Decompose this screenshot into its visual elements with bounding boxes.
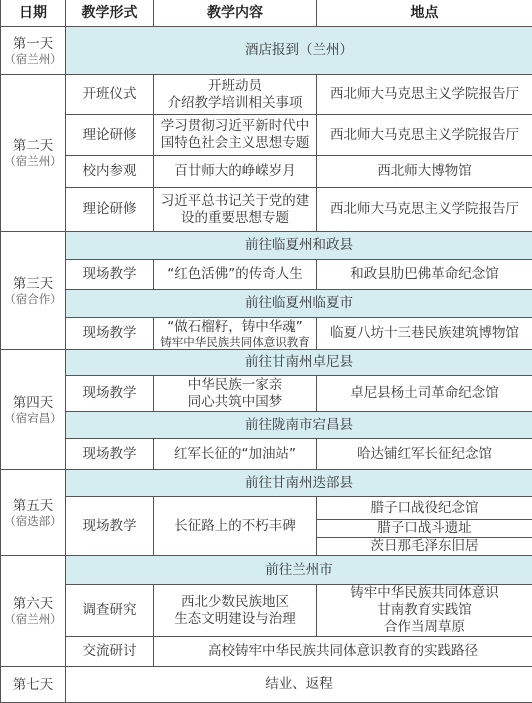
location-cell: 西北师大马克思主义学院报告厅	[317, 188, 532, 232]
location-cell: 和政县肋巴佛革命纪念馆	[317, 260, 532, 290]
content-cell: 学习贯彻习近平新时代中 国特色社会主义思想专题	[154, 115, 317, 156]
form-cell: 现场教学	[66, 439, 154, 470]
location-cell: 茨日那毛泽东旧居	[317, 538, 532, 556]
table-row: 校内参观 百廿师大的峥嵘岁月 西北师大博物馆	[1, 156, 532, 188]
day-label: 第七天	[13, 677, 54, 693]
content-line: 同心共筑中国梦	[156, 394, 314, 411]
table-row: 现场教学 红军长征的“加油站” 哈达铺红军长征纪念馆	[1, 439, 532, 470]
location-cell: 西北师大马克思主义学院报告厅	[317, 75, 532, 115]
header-form: 教学形式	[66, 0, 154, 27]
header-row: 日期 教学形式 教学内容 地点	[1, 0, 532, 27]
day-label: 第五天	[13, 498, 54, 514]
content-line: 学习贯彻习近平新时代中	[156, 118, 314, 135]
travel-banner: 前往临夏州临夏市	[66, 290, 532, 318]
stay-note: （宿宕昌）	[3, 411, 63, 425]
form-cell: 现场教学	[66, 318, 154, 350]
content-line: 开班动员	[156, 78, 314, 95]
content-cell: 高校铸牢中华民族共同体意识教育的实践路径	[154, 637, 532, 667]
day-label: 第三天	[13, 276, 54, 292]
travel-banner: 前往甘南州迭部县	[66, 470, 532, 497]
table-row: 现场教学 长征路上的不朽丰碑 腊子口战役纪念馆	[1, 497, 532, 520]
travel-banner: 前往兰州市	[66, 556, 532, 585]
schedule-table: 日期 教学形式 教学内容 地点 第一天 （宿兰州） 酒店报到（兰州） 第二天 （…	[0, 0, 532, 697]
form-cell: 现场教学	[66, 376, 154, 412]
content-line: 习近平总书记关于党的建	[156, 193, 314, 210]
content-line: 西北少数民族地区	[156, 594, 314, 611]
table-row: 理论研修 习近平总书记关于党的建 设的重要思想专题 西北师大马克思主义学院报告厅	[1, 188, 532, 232]
location-cell: 卓尼县杨土司革命纪念馆	[317, 376, 532, 412]
form-cell: 调查研究	[66, 585, 154, 637]
day-label: 第二天	[13, 138, 54, 154]
location-line: 合作当周草原	[319, 619, 530, 636]
content-cell: 习近平总书记关于党的建 设的重要思想专题	[154, 188, 317, 232]
form-cell: 现场教学	[66, 497, 154, 556]
day2-cell: 第二天 （宿兰州）	[1, 75, 66, 232]
content-line: 国特色社会主义思想专题	[156, 135, 314, 152]
day1-banner: 酒店报到（兰州）	[66, 27, 532, 75]
day4-cell: 第四天 （宿宕昌）	[1, 350, 66, 470]
content-cell: “做石榴籽，铸中华魂” 铸牢中华民族共同体意识教育	[154, 318, 317, 350]
day7-row: 第七天 结业、返程	[1, 667, 532, 698]
form-cell: 理论研修	[66, 115, 154, 156]
banner-row: 第六天 （宿兰州） 前往兰州市	[1, 556, 532, 585]
location-line: 铸牢中华民族共同体意识	[319, 585, 530, 602]
travel-banner: 前往陇南市宕昌县	[66, 412, 532, 439]
day6-cell: 第六天 （宿兰州）	[1, 556, 66, 667]
table-row: 现场教学 “做石榴籽，铸中华魂” 铸牢中华民族共同体意识教育 临夏八坊十三巷民族…	[1, 318, 532, 350]
form-cell: 现场教学	[66, 260, 154, 290]
banner-row: 第三天 （宿合作） 前往临夏州和政县	[1, 232, 532, 260]
stay-note: （宿兰州）	[3, 612, 63, 626]
day1-cell: 第一天 （宿兰州）	[1, 27, 66, 75]
table-row: 理论研修 学习贯彻习近平新时代中 国特色社会主义思想专题 西北师大马克思主义学院…	[1, 115, 532, 156]
table-row: 现场教学 中华民族一家亲 同心共筑中国梦 卓尼县杨土司革命纪念馆	[1, 376, 532, 412]
content-line: 生态文明建设与治理	[156, 611, 314, 628]
location-cell: 腊子口战役纪念馆	[317, 497, 532, 520]
content-cell: “红色活佛”的传奇人生	[154, 260, 317, 290]
banner-row: 前往临夏州临夏市	[1, 290, 532, 318]
location-cell: 西北师大博物馆	[317, 156, 532, 188]
content-line: 中华民族一家亲	[156, 377, 314, 394]
location-cell: 西北师大马克思主义学院报告厅	[317, 115, 532, 156]
form-cell: 理论研修	[66, 188, 154, 232]
form-cell: 交流研讨	[66, 637, 154, 667]
content-line: 设的重要思想专题	[156, 210, 314, 227]
day-label: 第六天	[13, 596, 54, 612]
day-label: 第四天	[13, 395, 54, 411]
stay-note: （宿合作）	[3, 292, 63, 306]
day5-cell: 第五天 （宿迭部）	[1, 470, 66, 556]
banner-row: 第五天 （宿迭部） 前往甘南州迭部县	[1, 470, 532, 497]
banner-row: 前往陇南市宕昌县	[1, 412, 532, 439]
day1-row: 第一天 （宿兰州） 酒店报到（兰州）	[1, 27, 532, 75]
table-row: 调查研究 西北少数民族地区 生态文明建设与治理 铸牢中华民族共同体意识 甘南教育…	[1, 585, 532, 637]
content-cell: 西北少数民族地区 生态文明建设与治理	[154, 585, 317, 637]
location-cell: 哈达铺红军长征纪念馆	[317, 439, 532, 470]
day-label: 第一天	[13, 36, 54, 52]
header-content: 教学内容	[154, 0, 317, 27]
stay-note: （宿兰州）	[3, 154, 63, 168]
stay-note: （宿迭部）	[3, 514, 63, 528]
location-cell: 铸牢中华民族共同体意识 甘南教育实践馆 合作当周草原	[317, 585, 532, 637]
content-cell: 开班动员 介绍教学培训相关事项	[154, 75, 317, 115]
content-cell: 中华民族一家亲 同心共筑中国梦	[154, 376, 317, 412]
content-cell: 长征路上的不朽丰碑	[154, 497, 317, 556]
content-line: “做石榴籽，铸中华魂”	[156, 319, 314, 336]
day3-cell: 第三天 （宿合作）	[1, 232, 66, 350]
content-line: 铸牢中华民族共同体意识教育	[156, 336, 314, 349]
travel-banner: 前往甘南州卓尼县	[66, 350, 532, 376]
table-row: 第二天 （宿兰州） 开班仪式 开班动员 介绍教学培训相关事项 西北师大马克思主义…	[1, 75, 532, 115]
form-cell: 校内参观	[66, 156, 154, 188]
banner-row: 第四天 （宿宕昌） 前往甘南州卓尼县	[1, 350, 532, 376]
content-cell: 红军长征的“加油站”	[154, 439, 317, 470]
location-cell: 临夏八坊十三巷民族建筑博物馆	[317, 318, 532, 350]
travel-banner: 前往临夏州和政县	[66, 232, 532, 260]
header-date: 日期	[1, 0, 66, 27]
stay-note: （宿兰州）	[3, 52, 63, 66]
content-line: 介绍教学培训相关事项	[156, 95, 314, 112]
day7-banner: 结业、返程	[66, 667, 532, 698]
table-row: 现场教学 “红色活佛”的传奇人生 和政县肋巴佛革命纪念馆	[1, 260, 532, 290]
form-cell: 开班仪式	[66, 75, 154, 115]
location-cell: 腊子口战斗遗址	[317, 520, 532, 538]
location-line: 甘南教育实践馆	[319, 602, 530, 619]
day7-cell: 第七天	[1, 667, 66, 698]
header-location: 地点	[317, 0, 532, 27]
content-cell: 百廿师大的峥嵘岁月	[154, 156, 317, 188]
table-row: 交流研讨 高校铸牢中华民族共同体意识教育的实践路径	[1, 637, 532, 667]
